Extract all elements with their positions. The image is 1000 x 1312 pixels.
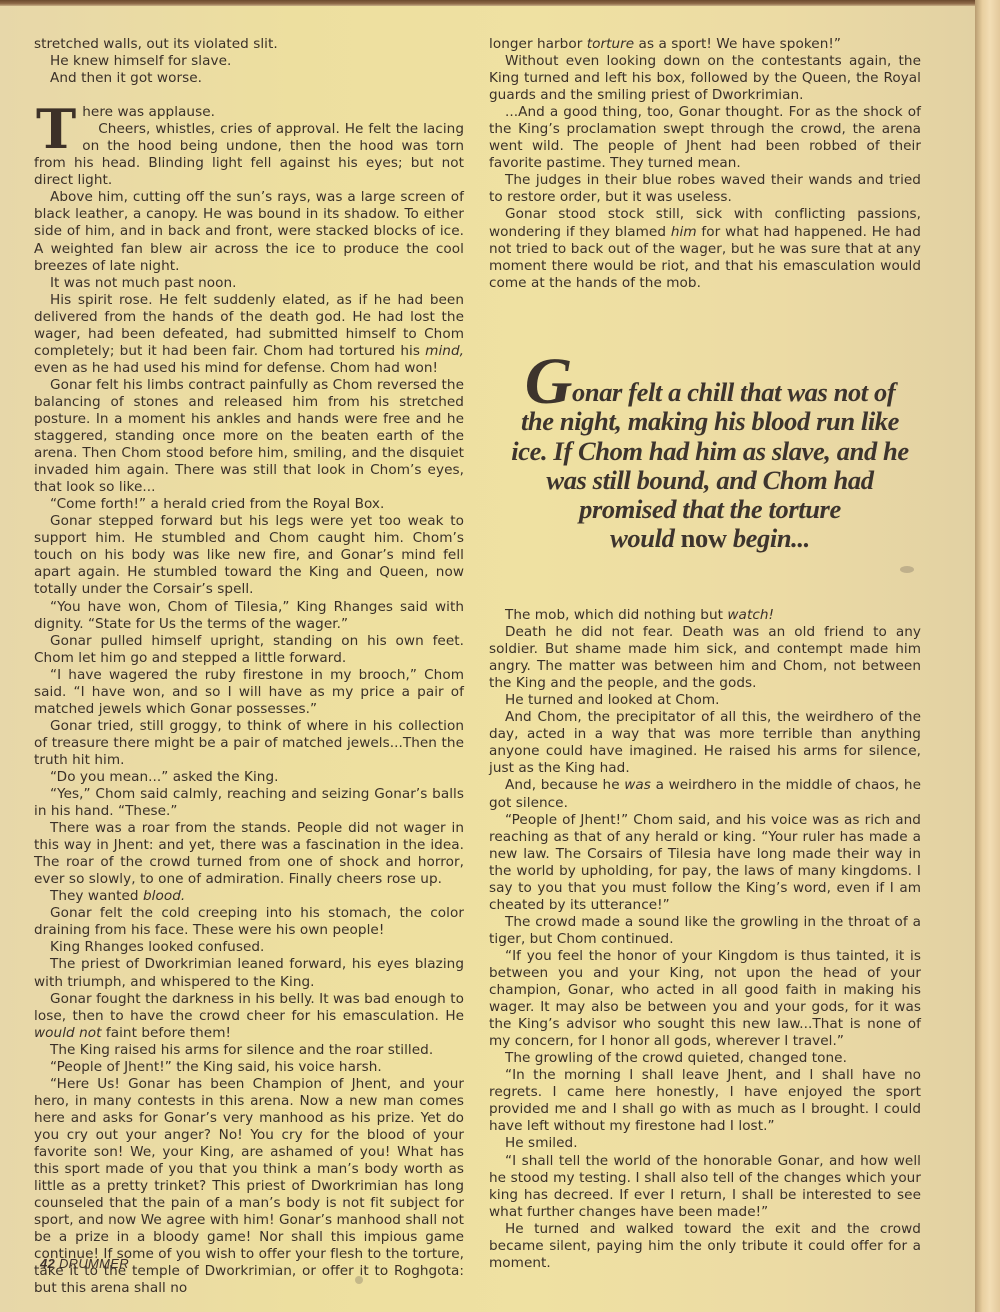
pull-quote-line: now [674,523,732,553]
paragraph: longer harbor torture as a sport! We hav… [489,36,921,53]
paragraph: And, because he was a weirdhero in the m… [489,777,921,811]
paragraph: “Come forth!” a herald cried from the Ro… [34,496,464,513]
paragraph: He knew himself for slave. [34,53,464,70]
top-edge-strip [0,0,975,6]
paragraph: ...And a good thing, too, Gonar thought.… [489,104,921,172]
paragraph: “If you feel the honor of your Kingdom i… [489,948,921,1050]
paragraph: The growling of the crowd quieted, chang… [489,1050,921,1067]
paragraph: And then it got worse. [34,70,464,87]
paragraph: “Do you mean...” asked the King. [34,769,464,786]
paragraph: “People of Jhent!” the King said, his vo… [34,1059,464,1076]
paragraph: “Yes,” Chom said calmly, reaching and se… [34,786,464,820]
page-folio: 42 DRUMMER [40,1256,129,1271]
pull-quote-line: ice. If Chom had him as slave, and he [511,436,908,466]
emphasis: would not [34,1025,102,1041]
paragraph: Gonar pulled himself upright, standing o… [34,633,464,667]
paragraph: He turned and walked toward the exit and… [489,1221,921,1272]
paragraph: Gonar felt the cold creeping into his st… [34,905,464,939]
pull-quote-line: begin... [733,523,810,553]
right-column-lower: The mob, which did nothing but watch!Dea… [489,607,921,1272]
pull-quote-line: onar felt a chill that was not of [572,377,895,407]
paragraph: stretched walls, out its violated slit. [34,36,464,53]
paragraph: The crowd made a sound like the growling… [489,914,921,948]
paragraph: “I have wagered the ruby firestone in my… [34,667,464,718]
emphasis: watch! [727,607,774,623]
paragraph: Above him, cutting off the sun’s rays, w… [34,189,464,274]
paragraph: And Chom, the precipitator of all this, … [489,709,921,777]
paragraph: Gonar felt his limbs contract painfully … [34,377,464,496]
paragraph: “You have won, Chom of Tilesia,” King Rh… [34,599,464,633]
pull-quote-line: was still bound, and Chom had [546,465,873,495]
page-edge [975,0,1000,1312]
paragraph: There was applause. [34,104,464,121]
paragraph: Gonar stepped forward but his legs were … [34,513,464,598]
emphasis: was [624,777,651,793]
page-number: 42 [40,1256,55,1271]
paragraph: Gonar fought the darkness in his belly. … [34,991,464,1042]
paragraph: It was not much past noon. [34,275,464,292]
paragraph: King Rhanges looked confused. [34,939,464,956]
paragraph: Death he did not fear. Death was an old … [489,624,921,692]
emphasis: torture [587,36,634,52]
paragraph: Gonar tried, still groggy, to think of w… [34,718,464,769]
pull-quote: Gonar felt a chill that was not of the n… [500,362,920,554]
paragraph: He turned and looked at Chom. [489,692,921,709]
paper-smudge [900,566,914,573]
pull-quote-line: would [610,523,674,553]
pull-quote-line: the night, making his blood run like [521,406,899,436]
paragraph: The judges in their blue robes waved the… [489,172,921,206]
paragraph: He smiled. [489,1135,921,1152]
pull-quote-line: promised that the torture [579,494,841,524]
paragraph: There was a roar from the stands. People… [34,820,464,888]
right-column-upper: longer harbor torture as a sport! We hav… [489,36,921,292]
paragraph: Without even looking down on the contest… [489,53,921,104]
emphasis: blood. [143,888,185,904]
paper-smudge [355,1276,363,1284]
paragraph: The priest of Dworkrimian leaned forward… [34,956,464,990]
paragraph: “People of Jhent!” Chom said, and his vo… [489,812,921,914]
paragraph: “I shall tell the world of the honorable… [489,1153,921,1221]
paragraph: Gonar stood stock still, sick with confl… [489,206,921,291]
paragraph: His spirit rose. He felt suddenly elated… [34,292,464,377]
drop-cap: T [36,106,76,151]
paragraph: “In the morning I shall leave Jhent, and… [489,1067,921,1135]
paragraph: The mob, which did nothing but watch! [489,607,921,624]
paragraph: Cheers, whistles, cries of approval. He … [34,121,464,189]
paragraph: They wanted blood. [34,888,464,905]
magazine-title: DRUMMER [59,1256,129,1271]
emphasis: mind, [425,343,464,359]
emphasis: him [671,224,697,240]
left-column: stretched walls, out its violated slit.H… [34,36,464,1297]
paragraph: The King raised his arms for silence and… [34,1042,464,1059]
